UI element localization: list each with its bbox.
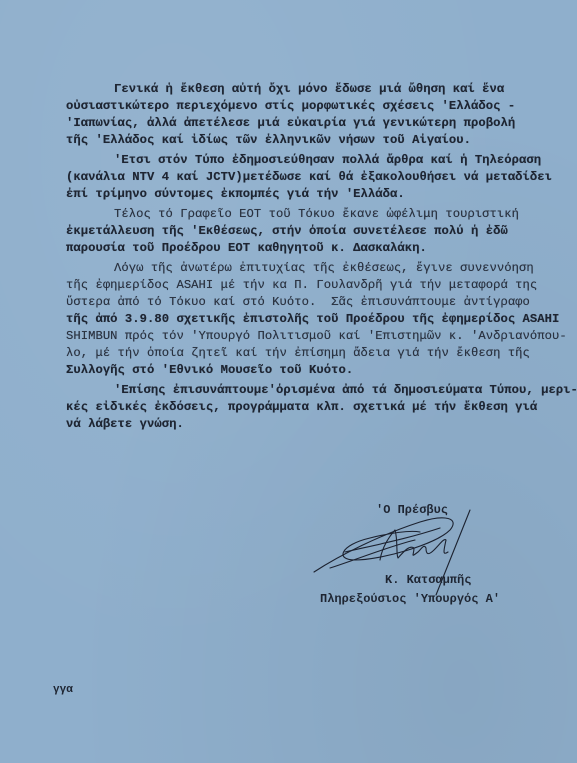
- body-line: Γενικά ἡ ἔκθεση αὐτή ὄχι μόνο ἔδωσε μιά …: [66, 81, 504, 97]
- body-line: SHIMBUN πρός τόν 'Υπουργό Πολιτισμοῦ καί…: [66, 328, 567, 344]
- body-line: νά λάβετε γνώση.: [66, 416, 184, 432]
- body-line: παρουσία τοῦ Προέδρου ΕΟΤ καθηγητοῦ κ. Δ…: [66, 240, 427, 256]
- body-line: κές εἰδικές ἐκδόσεις, προγράμματα κλπ. σ…: [66, 399, 537, 415]
- body-line: Τέλος τό Γραφεῖο ΕΟΤ τοῦ Τόκυο ἔκανε ὠφέ…: [66, 206, 519, 222]
- signatory-name: Κ. Κατσαμπῆς: [385, 573, 471, 587]
- body-line: τῆς 'Ελλάδος καί ἰδίως τῶν ἑλληνικῶν νήσ…: [66, 132, 471, 148]
- document-page: Γενικά ἡ ἔκθεση αὐτή ὄχι μόνο ἔδωσε μιά …: [0, 0, 577, 763]
- body-line: ὕστερα ἀπό τό Τόκυο καί στό Κυότο. Σᾶς ἐ…: [66, 294, 530, 310]
- typist-initials: γγα: [53, 684, 73, 696]
- body-line: τῆς ἐφημερίδος ASAHI μέ τήν κα Π. Γουλαν…: [66, 277, 537, 293]
- body-line: οὐσιαστικώτερο περιεχόμενο στίς μορφωτικ…: [66, 98, 515, 114]
- body-line: (κανάλια NTV 4 καί JCTV)μετέδωσε καί θά …: [66, 169, 552, 185]
- body-line: λο, μέ τήν ὁποία ζητεῖ καί τήν ἐπίσημη ἄ…: [66, 345, 530, 361]
- body-line: ἐκμετάλλευση τῆς 'Εκθέσεως, στήν ὁποία σ…: [66, 223, 508, 239]
- body-line: Λόγω τῆς ἀνωτέρω ἐπιτυχίας τῆς ἐκθέσεως,…: [66, 260, 534, 276]
- body-line: Συλλογῆς στό 'Εθνικό Μουσεῖο τοῦ Κυότο.: [66, 362, 353, 378]
- body-line: 'Ιαπωνίας, ἀλλά ἀπετέλεσε μιά εὐκαιρία γ…: [66, 115, 515, 131]
- signatory-title: Πληρεξούσιος 'Υπουργός Α': [320, 592, 500, 606]
- body-line: ἐπί τρίμηνο σύντομες ἐκπομπές γιά τήν 'Ε…: [66, 186, 405, 202]
- body-line: τῆς ἀπό 3.9.80 σχετικῆς ἐπιστολῆς τοῦ Πρ…: [66, 311, 559, 327]
- body-line: 'Ετσι στόν Τύπο ἐδημοσιεύθησαν πολλά ἄρθ…: [66, 152, 541, 168]
- body-line: 'Επίσης ἐπισυνάπτουμε'ὁρισμένα ἀπό τά δη…: [66, 382, 577, 398]
